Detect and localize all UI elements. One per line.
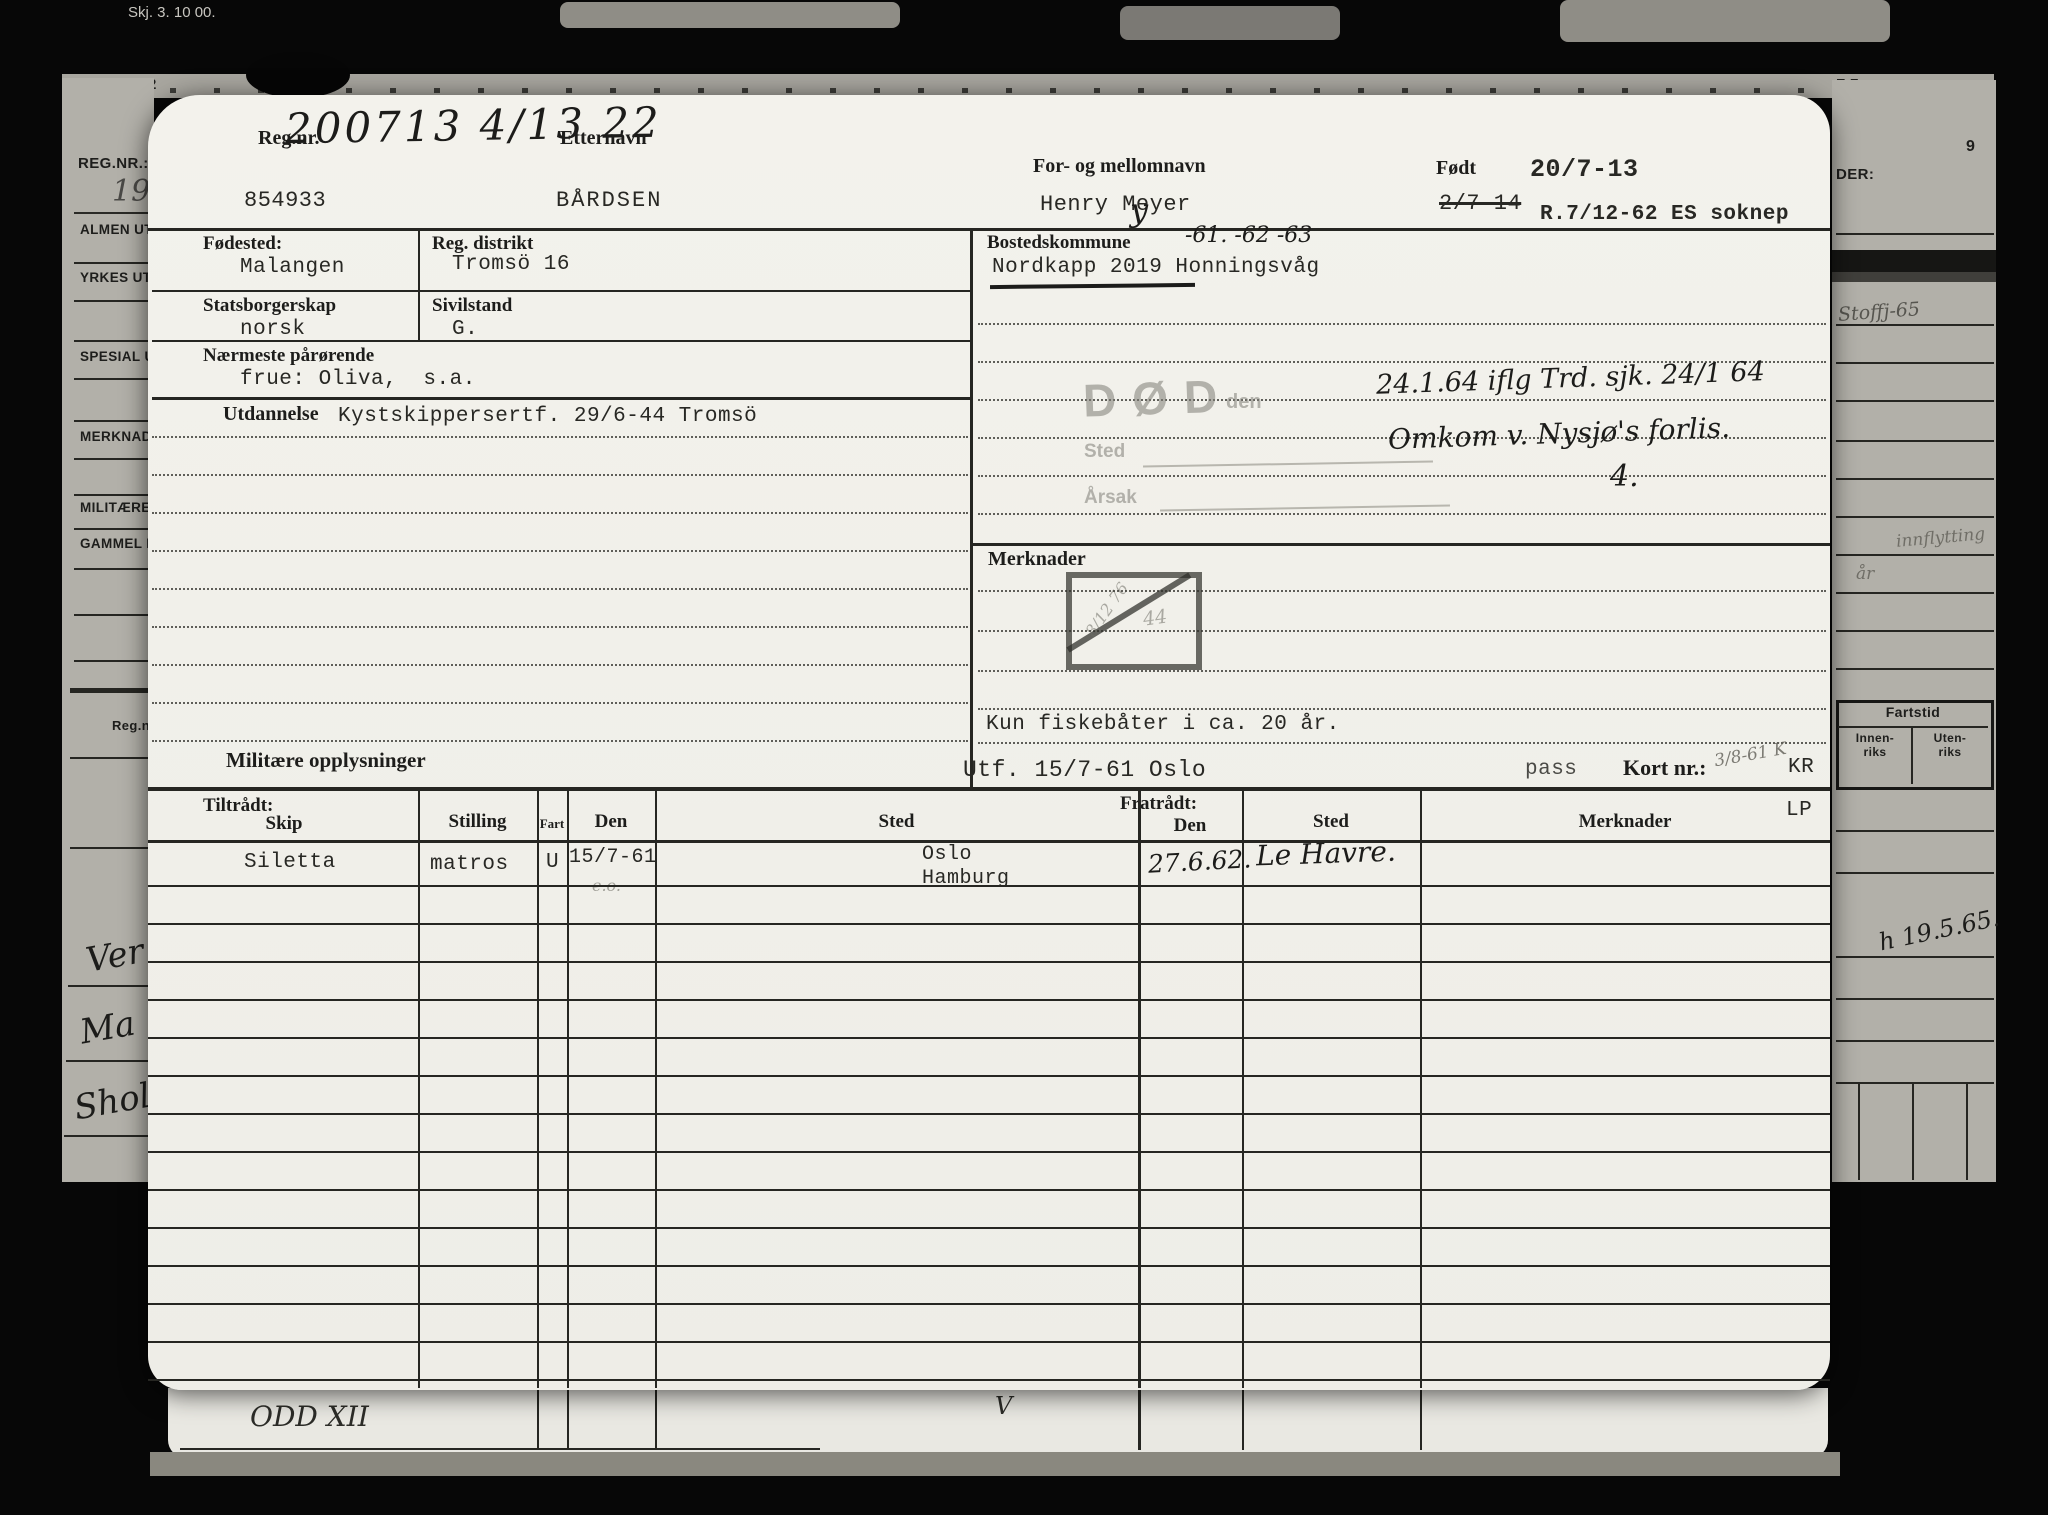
rule-line [152,340,970,342]
col-header-skip: Skip [152,813,416,835]
dotted-line [152,550,968,552]
stamp-blank-line [1143,460,1433,467]
rule-line [567,1388,569,1450]
right-card-corner-digit: 9 [1966,138,1975,156]
table-row-line [148,1265,1830,1267]
dotted-line [978,513,1826,515]
dotted-line [152,588,968,590]
rule-line [1966,1082,1968,1180]
rule-line [1836,440,1994,442]
rule-line [64,1135,152,1137]
fartstid-outer-label: Uten- riks [1915,732,1985,760]
table-column-line [567,787,569,1388]
table-row-line [148,1075,1830,1077]
fodt-label: Født [1436,157,1476,180]
merknader-label: Merknader [988,548,1086,571]
fartstid-title: Fartstid [1838,704,1988,720]
rule-line [70,757,152,759]
col-header-fart: Fart [537,816,567,832]
col-header-stilling: Stilling [420,811,535,833]
lp-mark: LP [1786,799,1812,822]
rule-line [1836,400,1994,402]
table-column-line [1242,787,1244,1388]
dotted-line [152,740,968,742]
paper-edge [560,2,900,28]
statsborgerskap-label: Statsborgerskap [203,295,336,317]
dod-stamp-den: den [1226,391,1262,414]
table-row-line [148,1113,1830,1115]
rule-line [1836,830,1994,832]
table-row-line [148,1303,1830,1305]
rule-line [152,397,970,400]
rule-line [74,528,152,530]
row-fra-sted: Le Havre. [1255,835,1396,873]
mellomnavn-label: For- og mellomnavn [1033,155,1206,178]
mellomnavn-ink-correction: y [1130,191,1148,229]
rule-line [74,458,152,460]
fodested-label: Fødested: [203,233,282,255]
table-column-line [1138,787,1141,1388]
rule-line [1836,478,1994,480]
etternavn-label: Etternavn [560,127,647,150]
regdistrikt-label: Reg. distrikt [432,233,533,255]
mellomnavn-value: Henry Meyer [1040,192,1191,217]
sivilstand-value: G. [452,318,478,341]
col-header-merknader: Merknader [1420,811,1830,833]
dotted-line [978,670,1826,672]
bottom-sheet-hand: ODD XII [250,1400,369,1433]
sivilstand-label: Sivilstand [432,295,512,317]
left-card-regnr-label: REG.NR.: [78,155,149,172]
table-top-rule [148,787,1830,791]
bosted-value: Nordkapp 2019 Honningsvåg [992,256,1320,279]
rule-line [70,688,152,693]
dotted-line [152,474,968,476]
table-row-line [148,1379,1830,1381]
rule-line [1836,233,1994,235]
rule-line [1836,630,1994,632]
rule-line [537,1388,539,1450]
pass-value: pass [1525,758,1577,781]
corner-notch [246,52,350,98]
table-column-line [655,787,657,1388]
table-row-line [148,1227,1830,1229]
form-print-code: Skj. 3. 10 00. [128,4,216,21]
scanned-page: Skj. 3. 10 00. 0 2 F 7 8 REG.NR.: 199 AL… [0,0,2048,1515]
table-column-line [1420,787,1422,1388]
statsborgerskap-value: norsk [240,318,306,341]
dotted-line [152,702,968,704]
regdistrikt-value: Tromsö 16 [452,253,570,276]
dod-hand-line2: Omkom v. Nysjø's forlis. [1388,411,1731,456]
col-header-den: Den [567,811,655,833]
table-row-line [148,1037,1830,1039]
militaere-label: Militære opplysninger [226,748,426,773]
rule-line [1420,1388,1422,1450]
rule-line [74,340,152,342]
table-row-line [148,885,1830,887]
rule-line [655,1388,657,1450]
rule-line [74,568,152,570]
table-column-line [418,787,420,1388]
dod-stamp-text: DØD [1082,368,1234,427]
fodt-struck-value: 2/7-14 [1439,191,1521,216]
table-row-line [148,1341,1830,1343]
utdannelse-value: Kystskippersertf. 29/6-44 Tromsö [338,405,757,428]
paper-edge [1120,6,1340,40]
rule-line [74,262,152,264]
row-skip: Siletta [244,851,336,874]
table-row-line [148,999,1830,1001]
bosted-hand-years: -61. -62 -63 [1185,223,1312,248]
dod-hand-flourish: 4. [1610,459,1639,494]
rule-line [1836,668,1994,670]
rule-line [74,378,152,380]
rule-line [70,847,152,849]
row-fart: U [546,851,559,874]
rule-line [1836,554,1994,556]
col-header-fra-sted: Sted [1242,811,1420,833]
rule-line [74,300,152,302]
bosted-hand-underline [990,283,1195,289]
rule-line [152,290,970,292]
dod-stamp-arsak: Årsak [1084,487,1137,509]
parorende-value: frue: Oliva, s.a. [240,368,476,391]
dotted-line [152,436,968,438]
rule-line [66,1060,152,1062]
regnr-value: 854933 [244,188,326,213]
utf-value: Utf. 15/7-61 Oslo [963,757,1206,783]
rule-line [1911,726,1913,784]
cancel-stamp-pencil-num: 44 [1142,605,1169,630]
fodt-note: R.7/12-62 ES soknep [1540,203,1789,226]
dotted-line [152,512,968,514]
paper-edge-dark [1832,250,1996,272]
col-header-fra-den: Den [1138,815,1242,837]
rule-line [1836,516,1994,518]
fodt-value: 20/7-13 [1530,155,1639,184]
rule-line [1836,592,1994,594]
row-sted: Oslo Hamburg [922,843,1010,891]
row-fra-den: 27.6.62. [1147,844,1252,878]
dotted-line [978,590,1826,592]
dotted-line [978,323,1826,325]
dotted-line [978,630,1826,632]
regnr-label: Reg.nr. [258,127,319,150]
rule-line [74,494,152,496]
dotted-line [152,626,968,628]
col-header-sted: Sted [655,811,1138,833]
header-rule [148,228,1830,231]
register-card: 200713 4/13 22 Reg.nr. 854933 Etternavn … [148,95,1830,1390]
table-row-line [148,923,1830,925]
rule-line [1836,362,1994,364]
rule-line [1836,956,1994,958]
main-column-divider [970,228,973,787]
dotted-line [152,664,968,666]
kr-label: KR [1788,756,1814,779]
rule-line [74,614,152,616]
dod-stamp-sted: Sted [1084,441,1125,463]
table-column-line [537,787,539,1388]
ruler-ticks [170,88,1820,93]
rule-line [74,212,152,214]
rule-line [74,420,152,422]
bosted-label: Bostedskommune [987,232,1131,254]
utdannelse-label: Utdannelse [223,403,319,426]
rule-line [1242,1388,1244,1450]
table-row-line [148,1189,1830,1191]
row-den: 15/7-61 [569,846,657,869]
bottom-sheet-mark: V [995,1392,1012,1420]
rule-line [180,1448,820,1450]
rule-line [74,660,152,662]
sub-column-divider [418,228,420,340]
dotted-line [978,708,1826,710]
dotted-line [978,475,1826,477]
stamp-blank-line [1160,504,1450,511]
rule-line [1858,1082,1860,1180]
etternavn-value: BÅRDSEN [556,188,662,213]
rule-line [1838,726,1988,728]
rule-line [1836,1040,1994,1042]
right-card-pencil-note: år [1856,564,1874,584]
rule-line [1912,1082,1914,1180]
parorende-label: Nærmeste pårørende [203,345,374,367]
rule-line [1836,998,1994,1000]
table-row-line [148,961,1830,963]
kortnr-label: Kort nr.: [1623,755,1707,781]
row-stilling: matros [430,853,509,876]
dotted-line [978,742,1826,744]
rule-line [970,543,1830,546]
rule-line [1836,324,1994,326]
fartstid-inner-label: Innen- riks [1840,732,1910,760]
fodested-value: Malangen [240,256,345,279]
fiskebater-note: Kun fiskebåter i ca. 20 år. [986,713,1340,736]
rule-line [1138,1388,1141,1450]
rule-line [68,985,152,987]
table-row-line [148,1151,1830,1153]
paper-edge-dark [1832,272,1996,282]
bottom-sheet-edge [150,1452,1840,1476]
right-card-der-label: DER: [1836,166,1874,183]
paper-edge [1560,0,1890,42]
rule-line [1836,872,1994,874]
